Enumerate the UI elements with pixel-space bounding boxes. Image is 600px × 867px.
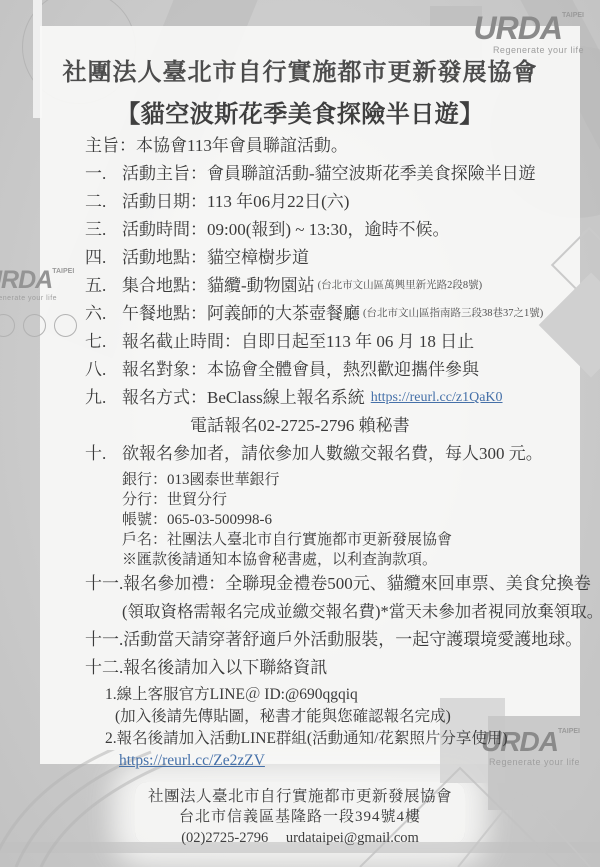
item-11b-dress-code: 十一. 活動當天請穿著舒適戶外活動服裝，一起守護環境愛護地球。: [85, 630, 567, 650]
footer-contact: (02)2725-2796 urdataipei@gmail.com: [0, 828, 600, 849]
urda-tagline: Regenerate your life: [0, 295, 74, 302]
item-text: 報名參加禮：全聯現金禮卷500元、貓纜來回車票、美食兌換卷: [123, 574, 591, 594]
item-4-location: 四. 活動地點：貓空樟樹步道: [85, 248, 567, 268]
item-5-meeting-point: 五. 集合地點：貓纜-動物園站 (台北市文山區萬興里新光路2段8號): [85, 276, 567, 296]
urda-taipei-label: TAIPEI: [52, 268, 74, 275]
item-number: 一.: [85, 164, 122, 184]
item-number: 十.: [85, 444, 122, 464]
item-3-time: 三. 活動時間：09:00(報到) ~ 13:30，逾時不候。: [85, 220, 567, 240]
item-6-lunch-place: 六. 午餐地點：阿義師的大茶壺餐廳 (台北市文山區指南路三段38巷37之1號): [85, 304, 567, 324]
address-note: (台北市文山區萬興里新光路2段8號): [318, 276, 483, 296]
urda-wordmark: URDATAIPEI: [0, 266, 74, 294]
item-text: 活動日期：113 年06月22日(六): [122, 192, 349, 212]
footer-phone: (02)2725-2796: [181, 830, 268, 846]
organization-title: 社團法人臺北市自行實施都市更新發展協會: [0, 52, 600, 87]
flyer-page: URDATAIPEI Regenerate your life URDATAIP…: [0, 0, 600, 867]
line-group-info: 2.報名後請加入活動LINE群組(活動通知/花絮照片分享使用): [85, 730, 567, 748]
item-number: 十一.: [85, 630, 123, 650]
item-text: 報名方式：BeClass線上報名系統: [122, 388, 365, 408]
urda-logo-watermark-left: URDATAIPEI Regenerate your life: [0, 268, 74, 302]
item-number: 七.: [85, 332, 122, 352]
line-group-link-row: https://reurl.cc/Ze2zZV: [85, 752, 567, 770]
footer-address: 台北市信義區基隆路一段394號4樓: [0, 807, 600, 828]
urda-wordmark: URDATAIPEI: [474, 10, 584, 46]
item-text: 活動主旨：會員聯誼活動-貓空波斯花季美食探險半日遊: [122, 164, 536, 184]
beclass-registration-link[interactable]: https://reurl.cc/z1QaK0: [371, 388, 503, 408]
flyer-footer: 社團法人臺北市自行實施都市更新發展協會 台北市信義區基隆路一段394號4樓 (0…: [0, 786, 600, 849]
item-text: 報名後請加入以下聯絡資訊: [123, 658, 327, 678]
line-sticker-note: (加入後請先傳貼圖，秘書才能與您確認報名完成): [85, 708, 567, 726]
branch-line: 分行：世貿分行: [85, 492, 567, 509]
line-official-account: 1.線上客服官方LINE＠ ID:@690qgqiq: [85, 686, 567, 704]
item-text: 午餐地點：阿義師的大茶壺餐廳: [122, 304, 360, 324]
item-number: 八.: [85, 360, 122, 380]
item-8-eligibility: 八. 報名對象：本協會全體會員，熱烈歡迎攜伴參與: [85, 360, 567, 380]
footer-email: urdataipei@gmail.com: [286, 830, 419, 846]
item-text: 活動時間：09:00(報到) ~ 13:30，逾時不候。: [122, 220, 449, 240]
phone-registration-line: 電話報名02-2725-2796 賴秘書: [85, 416, 567, 436]
decorative-circles-row: [0, 314, 77, 337]
urda-logo-top-right: URDATAIPEI Regenerate your life: [474, 12, 584, 55]
item-number: 六.: [85, 304, 122, 324]
item-11-gift: 十一. 報名參加禮：全聯現金禮卷500元、貓纜來回車票、美食兌換卷: [85, 574, 567, 594]
footer-organization: 社團法人臺北市自行實施都市更新發展協會: [0, 786, 600, 807]
item-2-date: 二. 活動日期：113 年06月22日(六): [85, 192, 567, 212]
bank-line: 銀行：013國泰世華銀行: [85, 472, 567, 489]
item-text: 報名對象：本協會全體會員，熱烈歡迎攜伴參與: [122, 360, 479, 380]
item-12-contact-info: 十二. 報名後請加入以下聯絡資訊: [85, 658, 567, 678]
remittance-note: ※匯款後請通知本協會秘書處，以利查詢款項。: [85, 552, 567, 569]
address-note: (台北市文山區指南路三段38巷37之1號): [363, 304, 543, 324]
item-number: 十二.: [85, 658, 123, 678]
urda-taipei-label: TAIPEI: [562, 12, 584, 19]
item-number: 十一.: [85, 574, 123, 594]
gift-conditions-line: (領取資格需報名完成並繳交報名費)*當天未參加者視同放棄領取。: [85, 602, 567, 622]
line-group-link[interactable]: https://reurl.cc/Ze2zZV: [119, 752, 265, 769]
item-number: 九.: [85, 388, 122, 408]
item-number: 四.: [85, 248, 122, 268]
purpose-line: 主旨：本協會113年會員聯誼活動。: [85, 136, 567, 156]
item-9-registration: 九. 報名方式：BeClass線上報名系統 https://reurl.cc/z…: [85, 388, 567, 408]
event-title: 【貓空波斯花季美食探險半日遊】: [0, 94, 600, 129]
item-10-fee: 十. 欲報名參加者，請依參加人數繳交報名費，每人300 元。: [85, 444, 567, 464]
item-text: 活動當天請穿著舒適戶外活動服裝，一起守護環境愛護地球。: [123, 630, 582, 650]
flyer-body: 主旨：本協會113年會員聯誼活動。 一. 活動主旨：會員聯誼活動-貓空波斯花季美…: [85, 136, 567, 774]
item-text: 活動地點：貓空樟樹步道: [122, 248, 309, 268]
item-text: 集合地點：貓纜-動物園站: [122, 276, 315, 296]
item-number: 五.: [85, 276, 122, 296]
item-1-theme: 一. 活動主旨：會員聯誼活動-貓空波斯花季美食探險半日遊: [85, 164, 567, 184]
item-text: 欲報名參加者，請依參加人數繳交報名費，每人300 元。: [122, 444, 543, 464]
account-line: 帳號：065-03-500998-6: [85, 512, 567, 529]
item-7-deadline: 七. 報名截止時間：自即日起至113 年 06 月 18 日止: [85, 332, 567, 352]
item-text: 報名截止時間：自即日起至113 年 06 月 18 日止: [122, 332, 474, 352]
account-holder-line: 戶名：社團法人臺北市自行實施都市更新發展協會: [85, 532, 567, 549]
item-number: 二.: [85, 192, 122, 212]
item-number: 三.: [85, 220, 122, 240]
